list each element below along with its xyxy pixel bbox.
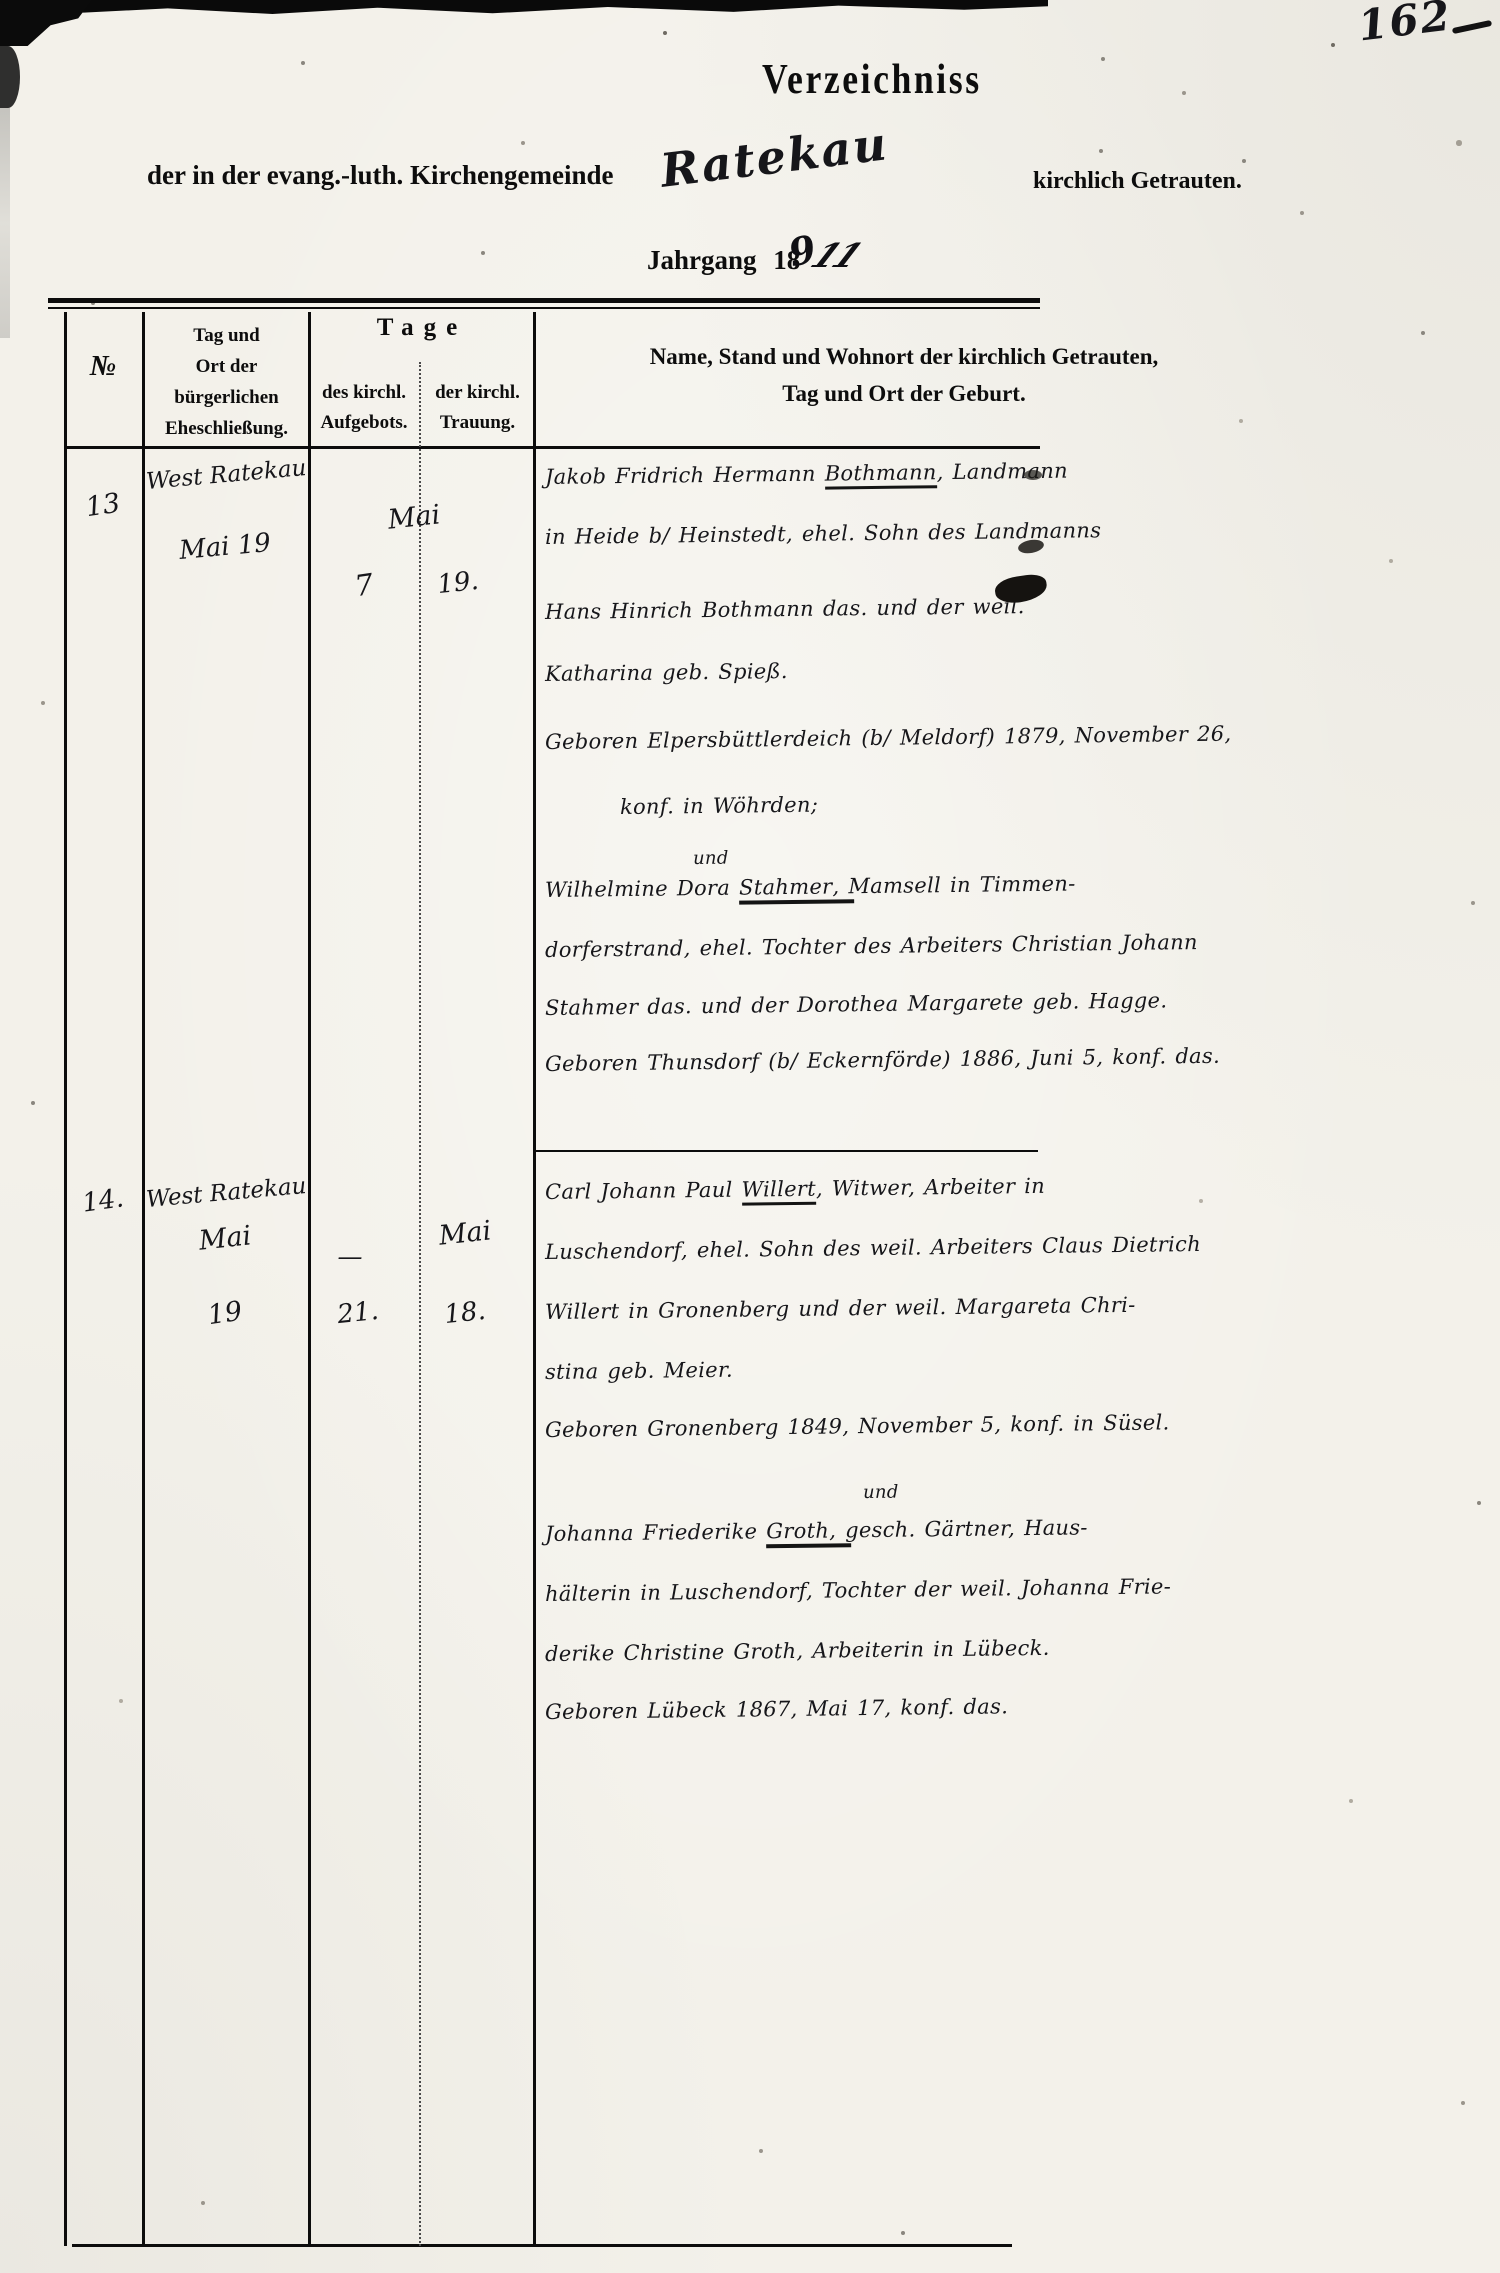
register-line: Johanna Friederike Groth, gesch. Gärtner… (545, 1515, 1088, 1546)
register-line: Geboren Gronenberg 1849, November 5, kon… (545, 1410, 1170, 1442)
register-line: stina geb. Meier. (545, 1358, 733, 1384)
register-page: 162 Verzeichniss der in der evang.-luth.… (0, 0, 1500, 2273)
register-text: stina geb. Meier. (545, 1358, 733, 1384)
register-text: hälterin in Luschendorf, Tochter der wei… (545, 1574, 1171, 1606)
register-line: und (863, 1482, 899, 1503)
register-text: Willert in Gronenberg und der weil. Marg… (545, 1293, 1136, 1324)
register-line: Carl Johann Paul Willert, Witwer, Arbeit… (545, 1174, 1045, 1204)
register-text: Johanna Friederike (545, 1519, 767, 1546)
register-text: derike Christine Groth, Arbeiterin in Lü… (545, 1636, 1050, 1666)
register-line: derike Christine Groth, Arbeiterin in Lü… (545, 1636, 1050, 1666)
register-text: Geboren Lübeck 1867, Mai 17, konf. das. (545, 1694, 1008, 1724)
register-text: und (863, 1482, 899, 1503)
register-line: Geboren Lübeck 1867, Mai 17, konf. das. (545, 1694, 1008, 1724)
register-line: hälterin in Luschendorf, Tochter der wei… (545, 1574, 1171, 1606)
register-text: Luschendorf, ehel. Sohn des weil. Arbeit… (545, 1232, 1201, 1264)
register-text: , Witwer, Arbeiter in (816, 1174, 1045, 1201)
register-text: , gesch. Gärtner, Haus- (829, 1515, 1088, 1542)
register-line: Luschendorf, ehel. Sohn des weil. Arbeit… (545, 1232, 1201, 1264)
register-text: Carl Johann Paul (545, 1178, 742, 1204)
surname-underlined: Willert (741, 1177, 816, 1206)
register-text: Geboren Gronenberg 1849, November 5, kon… (545, 1410, 1170, 1442)
register-line: Willert in Gronenberg und der weil. Marg… (545, 1293, 1136, 1324)
ink-smudge (1024, 470, 1042, 480)
entry-14-record-text: Carl Johann Paul Willert, Witwer, Arbeit… (0, 0, 1500, 2273)
